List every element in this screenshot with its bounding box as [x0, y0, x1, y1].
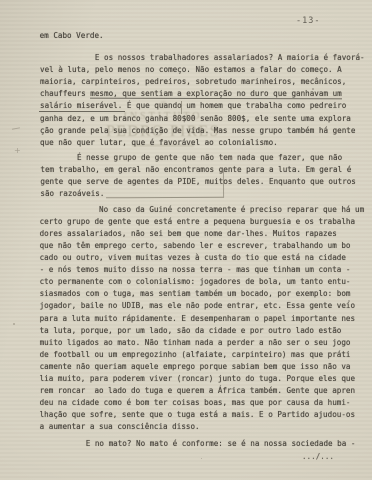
- continuation-mark: .../...: [302, 452, 334, 461]
- pencil-margin-dash: [12, 127, 20, 130]
- text-line: maioria, carpinteiros, pedreiros, sobret…: [40, 76, 370, 88]
- text-line: jogador, baile no UDIB, mas ele não pode…: [40, 300, 370, 312]
- text-line: vel à luta, pelo menos no começo. Não es…: [40, 64, 370, 76]
- text-line: ganha dez, e um branco ganha 80$00 senão…: [40, 113, 370, 125]
- paragraph: E no mato? No mato é conforme: se é na n…: [40, 438, 370, 450]
- scan-speck: [348, 300, 350, 302]
- text-line: ta luta, porque, por um lado, são da cid…: [40, 325, 370, 337]
- text-line: É nesse grupo de gente que não tem nada …: [40, 152, 370, 164]
- text-line: rem roncar ao lado do tuga e querem a Áf…: [40, 385, 370, 397]
- text-line: lhação que sofre, sente que o tuga está …: [40, 409, 370, 421]
- text-line: E no mato? No mato é conforme: se é na n…: [40, 438, 370, 450]
- text-line: a aumentar a sua consciência disso.: [40, 421, 370, 433]
- paragraph: No caso da Guiné concretamente é preciso…: [40, 204, 370, 434]
- text-line: lia muito, para poderem viver (roncar) j…: [40, 373, 370, 385]
- pencil-corner-bracket: [106, 171, 224, 198]
- text-line: de football ou um empregozinho (alfaiate…: [40, 349, 370, 361]
- text-line: No caso da Guiné concretamente é preciso…: [40, 204, 370, 216]
- scan-speck: [201, 458, 202, 459]
- text-line: cto permanente com o colonialismo: jogad…: [40, 276, 370, 288]
- pencil-margin-dot: [13, 323, 15, 325]
- text-line: dores assalariados, não sei bem que nome…: [40, 228, 370, 240]
- text-line: cado ou outro, vivem muitas vezes à cust…: [40, 252, 370, 264]
- text-line: que não quer lutar, que é favorável ao c…: [40, 137, 370, 149]
- paragraph: em Cabo Verde.: [40, 30, 370, 42]
- typed-underline: [39, 111, 125, 112]
- text-line: ção grande pela sua condição de vida. Ma…: [40, 125, 370, 137]
- page-number: -13-: [296, 16, 320, 26]
- text-line: E os nossos trabalhadores assalariados? …: [40, 52, 370, 64]
- text-line: em Cabo Verde.: [40, 30, 370, 42]
- scan-speck: [58, 243, 60, 245]
- pencil-insert-stroke: [181, 101, 182, 114]
- text-line: siasmados com o tuga, mas sentiam também…: [40, 288, 370, 300]
- text-line: - e nós temos muito disso na nossa terra…: [40, 264, 370, 276]
- text-line: que não têm emprego certo, sabendo ler e…: [40, 240, 370, 252]
- paragraph: E os nossos trabalhadores assalariados? …: [40, 52, 370, 149]
- text-line: muito ligados ao mato. Não tinham nada a…: [40, 337, 370, 349]
- text-line: deu na cidade como é bom ter coisas boas…: [40, 397, 370, 409]
- text-line: certo grupo de gente que está entre a pe…: [40, 216, 370, 228]
- text-line: camente não queriam aquele emprego porqu…: [40, 361, 370, 373]
- typewritten-text: em Cabo Verde. E os nossos trabalhadores…: [40, 30, 370, 453]
- scan-speck: [312, 88, 314, 90]
- text-line: para a luta muito rápidamente. E desempe…: [40, 313, 370, 325]
- document-page: INSTITUTO PEDRO PIRES -13- em Cabo Verde…: [0, 0, 372, 480]
- pencil-margin-plus: +: [14, 147, 21, 155]
